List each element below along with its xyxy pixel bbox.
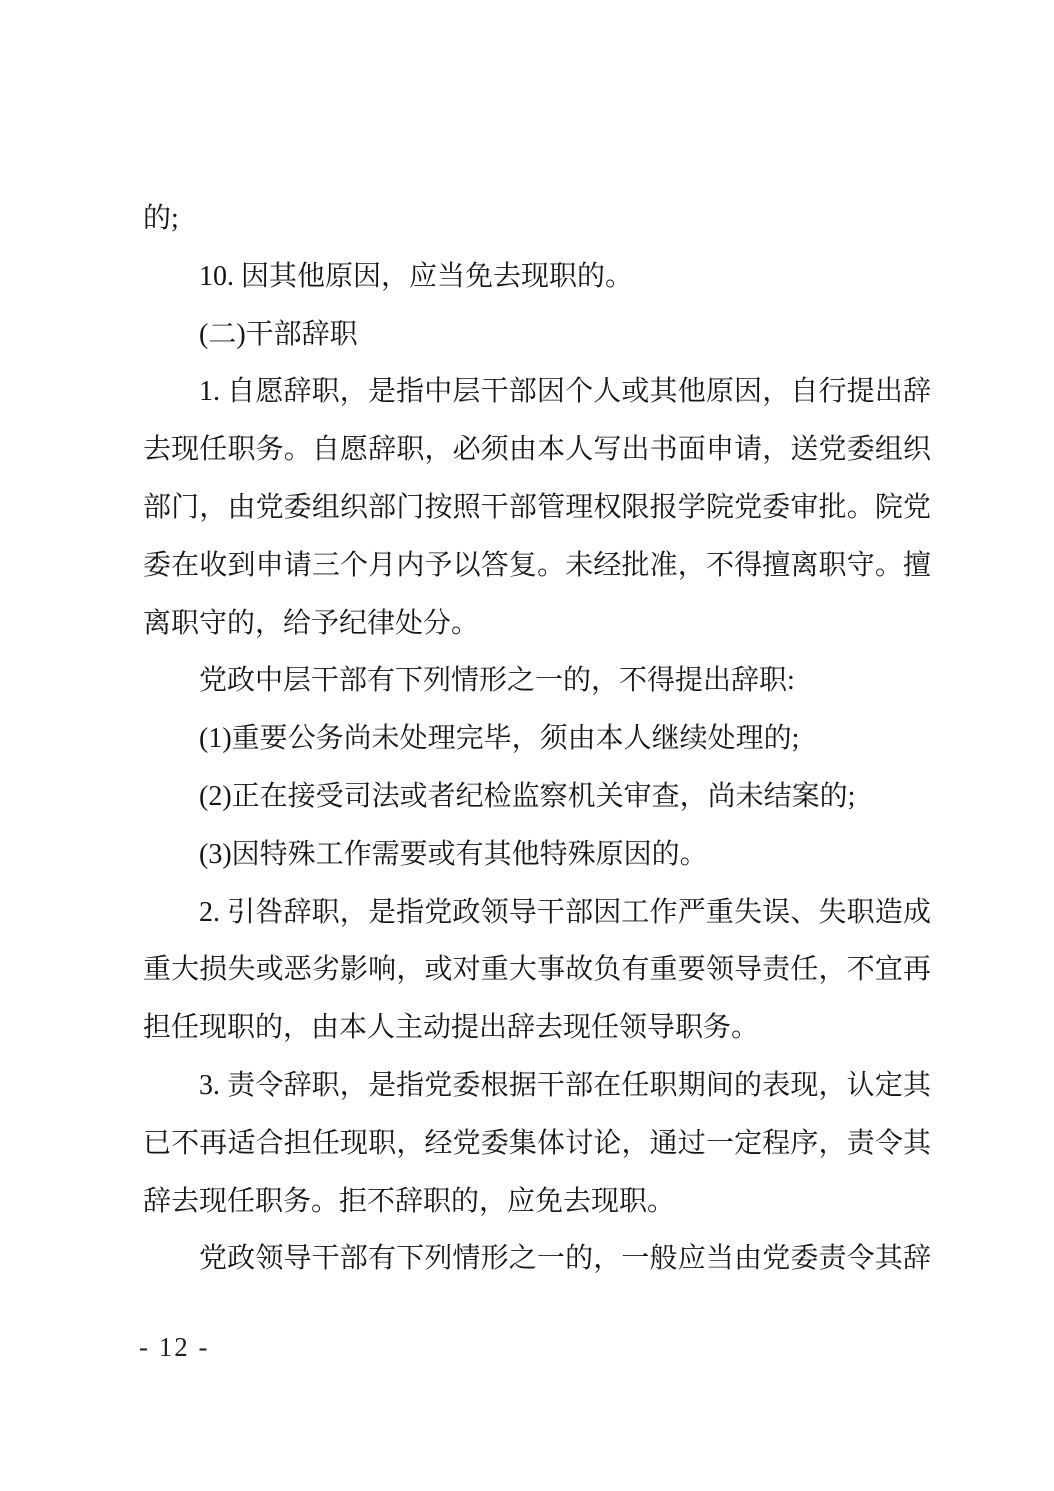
text-line: 的;	[143, 190, 931, 248]
text-line: 去现任职务。自愿辞职，必须由本人写出书面申请，送党委组织	[143, 421, 931, 479]
document-text-block: 的;10. 因其他原因，应当免去现职的。(二)干部辞职1. 自愿辞职，是指中层干…	[143, 190, 931, 1288]
text-line: 10. 因其他原因，应当免去现职的。	[143, 248, 931, 306]
text-line: 已不再适合担任现职，经党委集体讨论，通过一定程序，责令其	[143, 1115, 931, 1173]
text-line: (2)正在接受司法或者纪检监察机关审查，尚未结案的;	[143, 768, 931, 826]
text-line: 3. 责令辞职，是指党委根据干部在任职期间的表现，认定其	[143, 1057, 931, 1115]
page-number: - 12 -	[139, 1332, 209, 1362]
text-line: 党政领导干部有下列情形之一的，一般应当由党委责令其辞	[143, 1230, 931, 1288]
text-line: 离职守的，给予纪律处分。	[143, 595, 931, 653]
text-line: 委在收到申请三个月内予以答复。未经批准，不得擅离职守。擅	[143, 537, 931, 595]
text-line: 部门，由党委组织部门按照干部管理权限报学院党委审批。院党	[143, 479, 931, 537]
text-line: 担任现职的，由本人主动提出辞去现任领导职务。	[143, 999, 931, 1057]
text-line: (1)重要公务尚未处理完毕，须由本人继续处理的;	[143, 710, 931, 768]
text-line: 2. 引咎辞职，是指党政领导干部因工作严重失误、失职造成	[143, 884, 931, 942]
text-line: 重大损失或恶劣影响，或对重大事故负有重要领导责任，不宜再	[143, 941, 931, 999]
text-line: (3)因特殊工作需要或有其他特殊原因的。	[143, 826, 931, 884]
document-page: 的;10. 因其他原因，应当免去现职的。(二)干部辞职1. 自愿辞职，是指中层干…	[0, 0, 1054, 1491]
text-line: 1. 自愿辞职，是指中层干部因个人或其他原因，自行提出辞	[143, 363, 931, 421]
text-line: 党政中层干部有下列情形之一的，不得提出辞职:	[143, 652, 931, 710]
text-line: 辞去现任职务。拒不辞职的，应免去现职。	[143, 1173, 931, 1231]
text-line: (二)干部辞职	[143, 306, 931, 364]
